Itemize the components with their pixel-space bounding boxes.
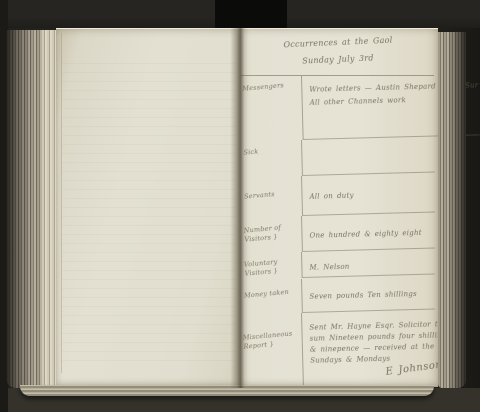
entry-line: M. Nelson (309, 263, 349, 272)
entry-line: One hundred & eighty eight (309, 229, 421, 240)
book-photograph: Occurrences at the Gaol Sunday July 3rd … (0, 0, 480, 412)
page-date: Sunday July 3rd (238, 51, 438, 69)
row-entry (301, 137, 435, 176)
row-label: Servants (239, 171, 302, 216)
entry-line: Sundays & Mondays (310, 354, 390, 364)
right-ledger-page: Occurrences at the Gaol Sunday July 3rd … (238, 28, 438, 387)
left-page-ruled-lines (62, 55, 236, 365)
ledger-table: Messengers Wrote letters — Austin Shepar… (241, 75, 434, 389)
open-ledger-book: Occurrences at the Gaol Sunday July 3rd … (6, 28, 464, 396)
entry-line: All other Channels work (310, 97, 406, 108)
entry-line: & ninepence — received at the Gate (310, 341, 456, 353)
entry-line: Sent Mr. Hayne Esqr. Solicitor the (309, 320, 447, 332)
table-row: Messengers Wrote letters — Austin Shepar… (241, 76, 434, 140)
right-page-stack-edge (438, 32, 466, 388)
row-label: Messengers (238, 71, 303, 140)
page-title: Occurrences at the Gaol (238, 34, 438, 52)
book-spine-crease (230, 28, 248, 388)
row-label: Money taken (240, 273, 303, 312)
row-entry: One hundred & eighty eight (301, 213, 435, 252)
left-blank-page (56, 28, 238, 387)
row-entry: Seven pounds Ten shillings (301, 275, 435, 312)
spine-gap-shadow (215, 0, 287, 30)
table-row: Voluntary Visitors } M. Nelson (241, 252, 434, 279)
table-row: Number of Visitors } One hundred & eight… (241, 216, 434, 252)
table-row: Servants All on duty (241, 176, 434, 216)
entry-line: All on duty (309, 192, 353, 201)
row-entry: M. Nelson (301, 249, 435, 278)
table-row: Sick (241, 140, 434, 176)
row-label: Sick (239, 135, 302, 176)
row-entry: Sent Mr. Hayne Esqr. Solicitor the sum N… (301, 308, 457, 388)
table-row: Money taken Seven pounds Ten shillings (241, 279, 434, 313)
row-label: Number of Visitors } (239, 211, 302, 252)
entry-line: Seven pounds Ten shillings (309, 290, 417, 301)
entry-line: sum Nineteen pounds four shillings (310, 330, 451, 342)
table-row: Miscellaneous Report } Sent Mr. Hayne Es… (241, 313, 434, 389)
bottom-page-stack-edge (20, 385, 434, 396)
row-entry: All on duty (301, 173, 435, 216)
